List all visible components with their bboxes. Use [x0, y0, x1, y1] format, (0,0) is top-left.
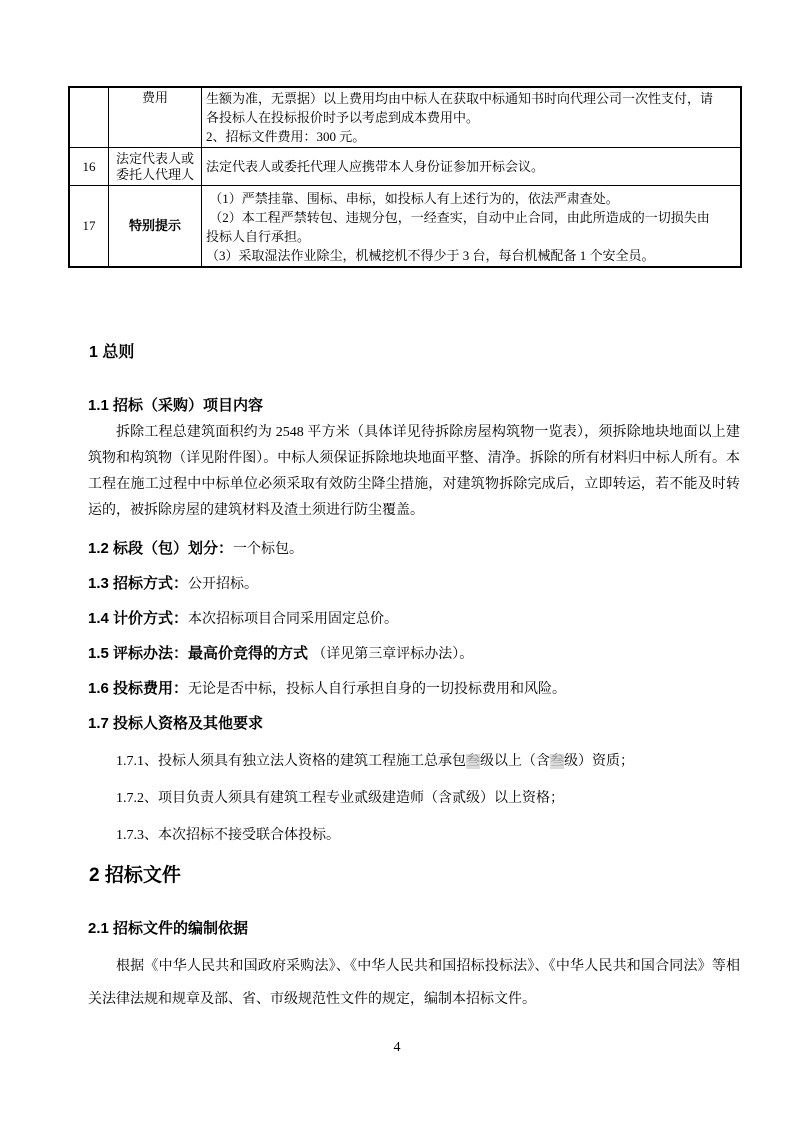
- row-label: 费用: [109, 87, 202, 148]
- clause-1-7-1-highlight: 叁: [466, 754, 480, 769]
- section-1-5-label: 1.5 评标办法：最高价竞得的方式: [88, 645, 312, 662]
- row-label: 特别提示: [109, 186, 202, 268]
- section-1-2-label: 1.2 标段（包）划分：: [88, 540, 233, 557]
- row-content: 法定代表人或委托代理人应携带本人身份证参加开标会议。: [202, 148, 742, 186]
- section-1-4-label: 1.4 计价方式：: [88, 610, 188, 627]
- section-2-heading: 2 招标文件: [89, 863, 742, 889]
- row-label: 法定代表人或 委托人代理人: [109, 148, 202, 186]
- section-1-6-line: 1.6 投标费用：无论是否中标，投标人自行承担自身的一切投标费用和风险。: [88, 680, 742, 699]
- clause-1-7-1-part: 级）资质；: [564, 754, 634, 769]
- clause-1-7-1-highlight: 叁: [550, 754, 564, 769]
- section-1-4-line: 1.4 计价方式：本次招标项目合同采用固定总价。: [88, 610, 742, 629]
- section-1-6-label: 1.6 投标费用：: [88, 680, 188, 697]
- table-row-17: 17 特别提示 （1）严禁挂靠、围标、串标，如投标人有上述行为的，依法严肃查处。…: [69, 186, 741, 268]
- document-page: 费用 生额为准，无票据）以上费用均由中标人在获取中标通知书时向代理公司一次性支付…: [0, 0, 794, 1123]
- section-1-1-heading: 1.1 招标（采购）项目内容: [88, 396, 742, 416]
- row-number: 17: [69, 186, 109, 268]
- clause-1-7-1-part: 1.7.1、投标人须具有独立法人资格的建筑工程施工总承包: [116, 754, 466, 769]
- page-number: 4: [0, 1040, 794, 1056]
- section-2-1-paragraph: 根据《中华人民共和国政府采购法》、《中华人民共和国招标投标法》、《中华人民共和国…: [88, 950, 740, 1016]
- row-number: 16: [69, 148, 109, 186]
- row-number: [69, 87, 109, 148]
- page-content: 费用 生额为准，无票据）以上费用均由中标人在获取中标通知书时向代理公司一次性支付…: [0, 0, 794, 1016]
- section-2-1-heading: 2.1 招标文件的编制依据: [88, 920, 742, 938]
- row-content: 生额为准，无票据）以上费用均由中标人在获取中标通知书时向代理公司一次性支付，请 …: [202, 87, 742, 148]
- section-1-3-text: 公开招标。: [188, 577, 258, 592]
- table-row-fee: 费用 生额为准，无票据）以上费用均由中标人在获取中标通知书时向代理公司一次性支付…: [69, 87, 741, 148]
- section-1-4-text: 本次招标项目合同采用固定总价。: [188, 612, 398, 627]
- table-row-16: 16 法定代表人或 委托人代理人 法定代表人或委托代理人应携带本人身份证参加开标…: [69, 148, 741, 186]
- section-1-2-line: 1.2 标段（包）划分：一个标包。: [88, 540, 742, 559]
- clause-1-7-2: 1.7.2、项目负责人须具有建筑工程专业贰级建造师（含贰级）以上资格；: [116, 790, 742, 808]
- clause-1-7-1-part: 级以上（含: [480, 754, 550, 769]
- section-1-2-text: 一个标包。: [233, 542, 303, 557]
- section-1-6-text: 无论是否中标，投标人自行承担自身的一切投标费用和风险。: [188, 682, 566, 697]
- row-content: （1）严禁挂靠、围标、串标，如投标人有上述行为的，依法严肃查处。 （2）本工程严…: [202, 186, 742, 268]
- section-1-3-label: 1.3 招标方式：: [88, 575, 188, 592]
- section-1-heading: 1 总则: [89, 343, 742, 363]
- section-1-7-label: 1.7 投标人资格及其他要求: [88, 715, 263, 732]
- clause-1-7-1: 1.7.1、投标人须具有独立法人资格的建筑工程施工总承包叁级以上（含叁级）资质；: [116, 753, 742, 771]
- section-1-3-line: 1.3 招标方式：公开招标。: [88, 575, 742, 594]
- section-1-7-line: 1.7 投标人资格及其他要求: [88, 715, 742, 734]
- clause-1-7-3: 1.7.3、本次招标不接受联合体投标。: [116, 827, 742, 845]
- section-1-5-line: 1.5 评标办法：最高价竞得的方式 （详见第三章评标办法）。: [88, 645, 742, 664]
- section-1-5-text: （详见第三章评标办法）。: [312, 647, 473, 662]
- section-1-1-paragraph: 拆除工程总建筑面积约为 2548 平方米（具体详见待拆除房屋构筑物一览表），须拆…: [88, 420, 740, 524]
- conditions-table: 费用 生额为准，无票据）以上费用均由中标人在获取中标通知书时向代理公司一次性支付…: [68, 86, 742, 268]
